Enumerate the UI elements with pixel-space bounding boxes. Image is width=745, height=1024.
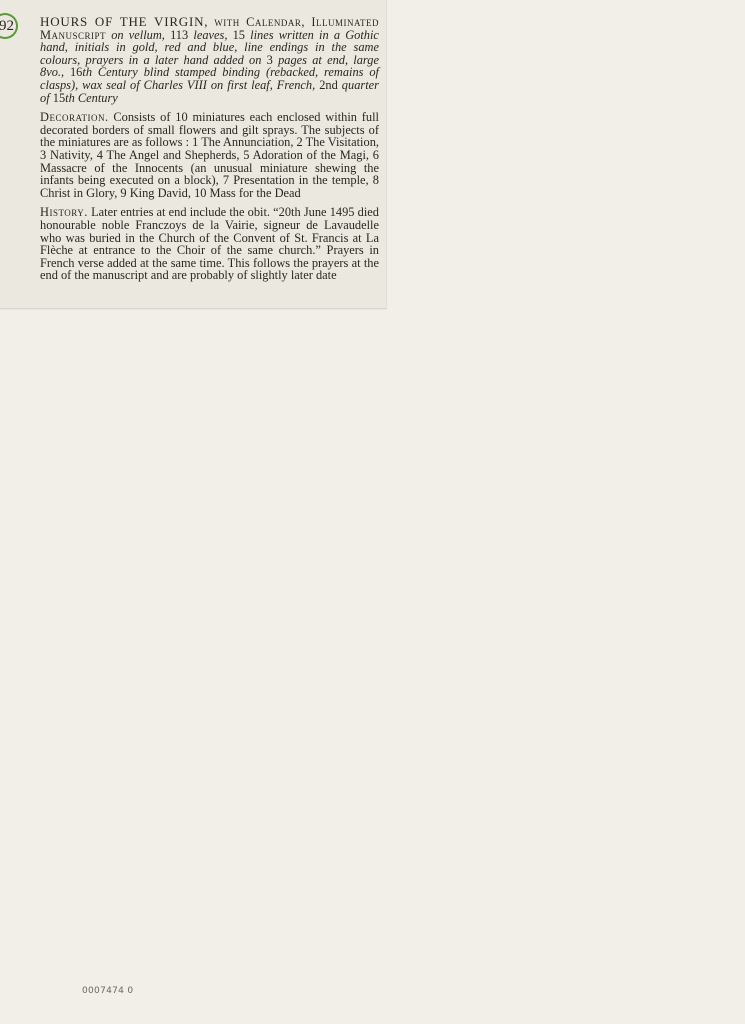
archive-stamp-number: 0007474 0 (82, 986, 133, 996)
lot-description: HOURS OF THE VIRGIN, with Calendar, Illu… (40, 16, 379, 104)
catalogue-entry: HOURS OF THE VIRGIN, with Calendar, Illu… (40, 16, 379, 282)
history-section: History. Later entries at end include th… (40, 206, 379, 282)
decoration-section: Decoration. Consists of 10 miniatures ea… (40, 111, 379, 199)
decoration-text: Consists of 10 miniatures each enclosed … (40, 110, 379, 200)
history-text: Later entries at end include the obit. “… (40, 205, 379, 282)
lot-number-circled: 92 (0, 13, 18, 39)
catalogue-clipping: 92 HOURS OF THE VIRGIN, with Calendar, I… (0, 0, 387, 309)
